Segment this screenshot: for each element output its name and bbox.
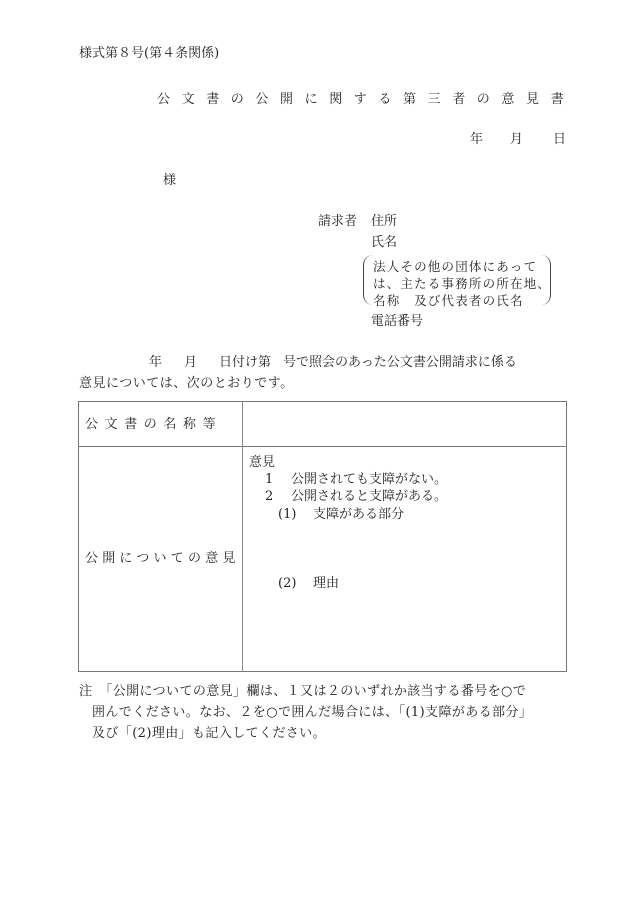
intro-line-1: 年月日付け第号で照会のあった公文書公開請求に係る	[79, 356, 517, 369]
note-line-3: 及び「(2)理由」も記入してください。	[92, 727, 326, 740]
intro-rest: 号で照会のあった公文書公開請求に係る	[283, 355, 517, 370]
label-opinion: 公開についての意見	[85, 552, 240, 565]
requester-label: 請求者	[318, 215, 357, 228]
date-month-field[interactable]: 月	[510, 133, 523, 146]
opinion-heading: 意見	[249, 456, 275, 469]
date-line: 年月日	[470, 133, 566, 146]
table-column-divider	[242, 401, 243, 672]
document-title: 公文書の公開に関する第三者の意見書	[157, 93, 575, 106]
opinion-option-2[interactable]: 2公開されると支障がある。	[265, 490, 447, 503]
label-document-name: 公文書の名称等	[85, 418, 222, 431]
note-line-2: 囲んでください。なお、２を○で囲んだ場合には、「(1)支障がある部分」	[92, 706, 532, 719]
intro-month-field[interactable]: 月	[184, 355, 197, 370]
note-line-1: 注 「公開についての意見」欄は、１又は２のいずれか該当する番号を○で	[79, 685, 526, 698]
requester-address-field[interactable]: 住所	[371, 215, 397, 228]
intro-day-no-field[interactable]: 日付け第	[219, 355, 271, 370]
sub-1-number: (1)	[278, 508, 313, 521]
sub-2-text: 理由	[313, 576, 339, 591]
option-1-text: 公開されても支障がない。	[291, 472, 447, 487]
date-year-field[interactable]: 年	[470, 133, 483, 146]
intro-line-2: 意見については、次のとおりです。	[79, 377, 294, 390]
addressee-field[interactable]: 様	[163, 174, 176, 187]
option-2-number[interactable]: 2	[265, 490, 291, 503]
form-number: 様式第８号(第４条関係)	[79, 47, 219, 60]
sub-1-text: 支障がある部分	[313, 507, 404, 522]
option-1-number[interactable]: 1	[265, 473, 291, 486]
opinion-table	[78, 401, 567, 672]
table-row-divider	[78, 446, 567, 447]
sub-item-impediment-part[interactable]: (1)支障がある部分	[278, 508, 404, 521]
intro-year-field[interactable]: 年	[149, 355, 162, 370]
date-day-field[interactable]: 日	[553, 133, 566, 146]
sub-item-reason[interactable]: (2)理由	[278, 577, 339, 590]
corporate-note: 法人その他の団体にあって は、主たる事務所の所在地、 名称 及び代表者の氏名	[373, 258, 551, 309]
sub-2-number: (2)	[278, 577, 313, 590]
opinion-option-1[interactable]: 1公開されても支障がない。	[265, 473, 447, 486]
requester-name-field[interactable]: 氏名	[371, 236, 397, 249]
requester-phone-field[interactable]: 電話番号	[371, 315, 423, 328]
option-2-text: 公開されると支障がある。	[291, 489, 447, 504]
